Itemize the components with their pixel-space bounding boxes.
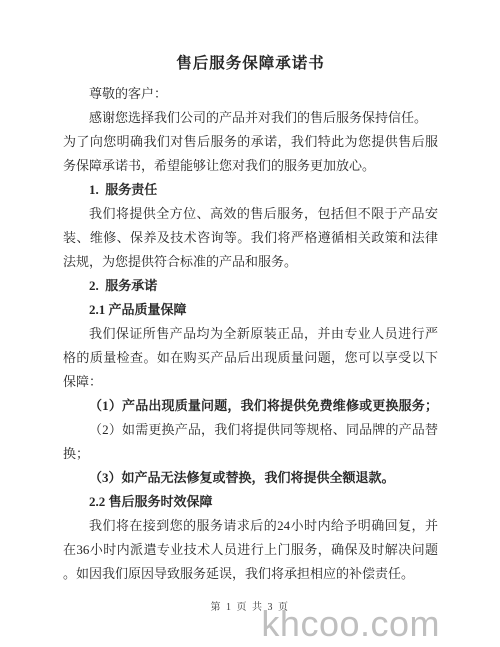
list-item-2-continuation: 换；	[63, 442, 438, 466]
subsection-heading-2-1: 2.1 产品质量保障	[63, 298, 438, 322]
paragraph-line: 我们保证所售产品均为全新原装正品，并由专业人员进行严	[63, 322, 438, 346]
paragraph-line: 装、维修、保养及技术咨询等。我们将严格遵循相关政策和法律	[63, 226, 438, 250]
paragraph-line: 。如因我们原因导致服务延误，我们将承担相应的补偿责任。	[63, 562, 438, 586]
list-item-2: （2）如需更换产品，我们将提供同等规格、同品牌的产品替	[63, 418, 438, 442]
document-body: 售后服务保障承诺书 尊敬的客户： 感谢您选择我们公司的产品并对我们的售后服务保持…	[63, 52, 438, 586]
page-number: 第 1 页 共 3 页	[0, 598, 500, 613]
paragraph-line: 务保障承诺书，希望能够让您对我们的服务更加放心。	[63, 154, 438, 178]
list-item-1: （1）产品出现质量问题，我们将提供免费维修或更换服务；	[63, 394, 438, 418]
paragraph-line: 在36小时内派遣专业技术人员进行上门服务，确保及时解决问题	[63, 538, 438, 562]
section-heading-2: 2. 服务承诺	[63, 274, 438, 298]
paragraph-line: 我们将在接到您的服务请求后的24小时内给予明确回复，并	[63, 514, 438, 538]
subsection-heading-2-2: 2.2 售后服务时效保障	[63, 490, 438, 514]
paragraph-line: 为了向您明确我们对售后服务的承诺，我们特此为您提供售后服	[63, 130, 438, 154]
document-page: 售后服务保障承诺书 尊敬的客户： 感谢您选择我们公司的产品并对我们的售后服务保持…	[0, 0, 500, 647]
paragraph-line: 感谢您选择我们公司的产品并对我们的售后服务保持信任。	[63, 106, 438, 130]
document-title: 售后服务保障承诺书	[63, 52, 438, 76]
paragraph-line: 保障：	[63, 370, 438, 394]
list-item-3: （3）如产品无法修复或替换，我们将提供全额退款。	[63, 466, 438, 490]
section-heading-1: 1. 服务责任	[63, 178, 438, 202]
salutation-line: 尊敬的客户：	[63, 82, 438, 106]
paragraph-line: 我们将提供全方位、高效的售后服务，包括但不限于产品安	[63, 202, 438, 226]
paragraph-line: 法规，为您提供符合标准的产品和服务。	[63, 250, 438, 274]
paragraph-line: 格的质量检查。如在购买产品后出现质量问题，您可以享受以下	[63, 346, 438, 370]
